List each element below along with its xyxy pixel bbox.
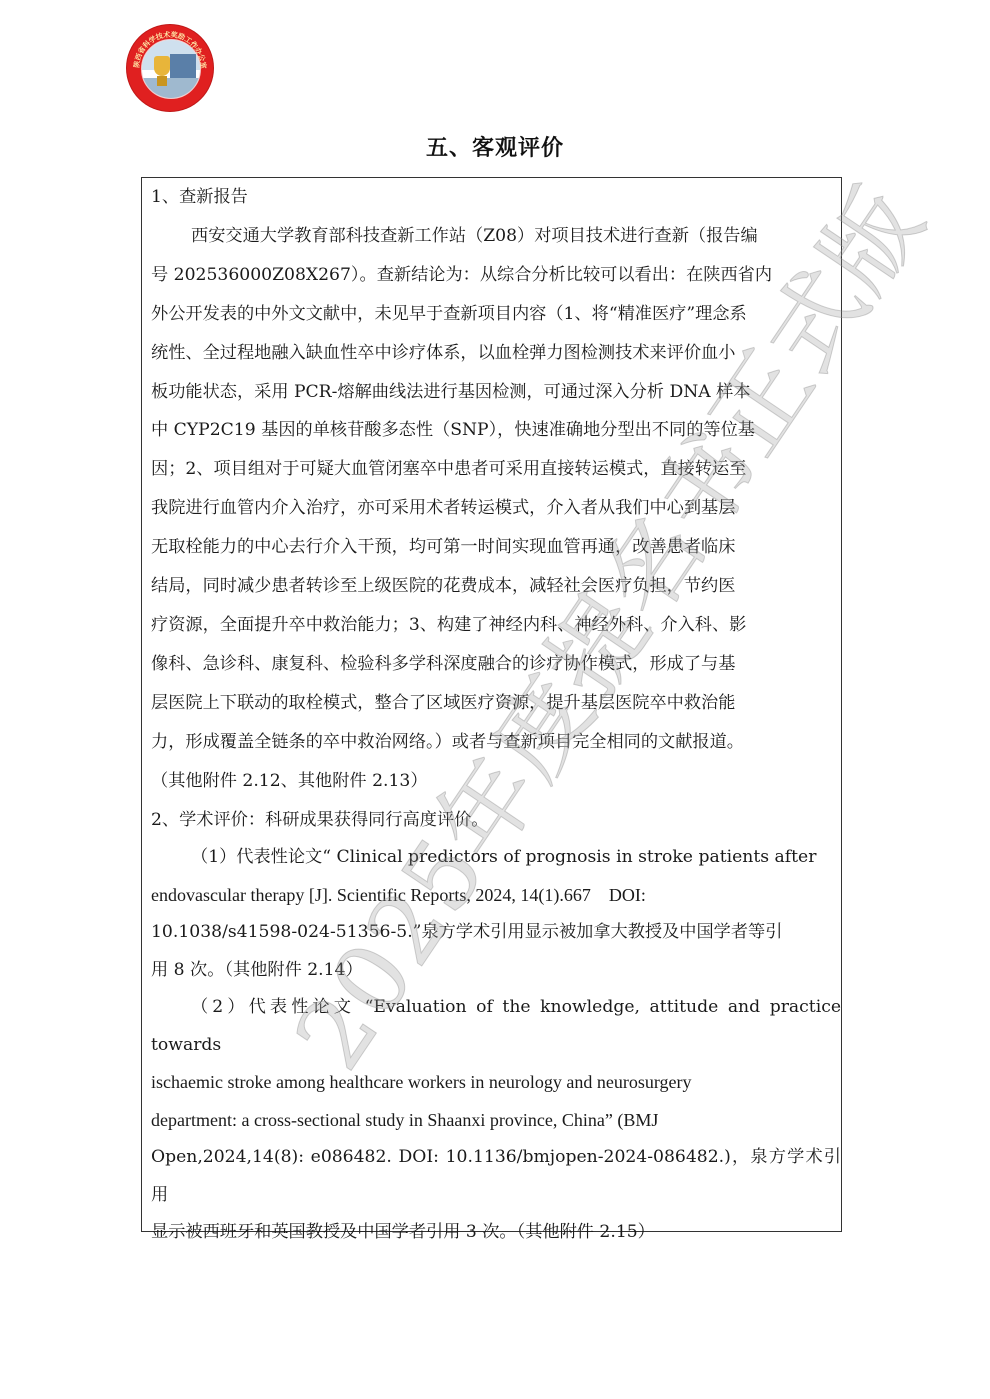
text-line: （1）代表性论文“ Clinical predictors of prognos…: [151, 839, 841, 877]
novelty-report-heading: 1、查新报告: [151, 178, 841, 217]
text-line: 因；2、项目组对于可疑大血管闭塞卒中患者可采用直接转运模式，直接转运至: [151, 450, 841, 489]
text-line: 疗资源，全面提升卒中救治能力；3、构建了神经内科、神经外科、介入科、影: [151, 606, 841, 645]
text-line: Open,2024,14(8): e086482. DOI: 10.1136/b…: [151, 1139, 841, 1214]
text-line: 外公开发表的中外文文献中，未见早于查新项目内容（1、将“精准医疗”理念系: [151, 295, 841, 334]
representative-paper-1: （1）代表性论文“ Clinical predictors of prognos…: [151, 839, 841, 989]
svg-text:陕西省科学技术奖励工作办公室: 陕西省科学技术奖励工作办公室: [132, 30, 208, 69]
seal-logo-icon: 陕西省科学技术奖励工作办公室: [127, 25, 213, 111]
text-line: 层医院上下联动的取栓模式，整合了区域医疗资源，提升基层医院卒中救治能: [151, 684, 841, 723]
text-line: 统性、全过程地融入缺血性卒中诊疗体系，以血栓弹力图检测技术来评价血小: [151, 334, 841, 373]
section-title: 五、客观评价: [0, 131, 990, 162]
text-line: 10.1038/s41598-024-51356-5.”泉方学术引用显示被加拿大…: [151, 914, 841, 952]
representative-paper-2: （2）代表性论文 “Evaluation of the knowledge, a…: [151, 989, 841, 1252]
novelty-report-body: 西安交通大学教育部科技查新工作站（Z08）对项目技术进行查新（报告编 号 202…: [151, 217, 841, 801]
text-line: 中 CYP2C19 基因的单核苷酸多态性（SNP），快速准确地分型出不同的等位基: [151, 411, 841, 450]
text-line: 像科、急诊科、康复科、检验科多学科深度融合的诊疗协作模式，形成了与基: [151, 645, 841, 684]
text-line: （2）代表性论文 “Evaluation of the knowledge, a…: [151, 989, 841, 1064]
text-line: 西安交通大学教育部科技查新工作站（Z08）对项目技术进行查新（报告编: [151, 217, 841, 256]
text-line: endovascular therapy [J]. Scientific Rep…: [151, 877, 841, 915]
text-line: 力，形成覆盖全链条的卒中救治网络。）或者与查新项目完全相同的文献报道。: [151, 723, 841, 762]
text-line: ischaemic stroke among healthcare worker…: [151, 1064, 841, 1102]
text-line: 我院进行血管内介入治疗，亦可采用术者转运模式，介入者从我们中心到基层: [151, 489, 841, 528]
attachment-reference: 显示被西班牙和英国教授及中国学者引用 3 次。（其他附件 2.15）: [151, 1214, 841, 1252]
seal-arc-text: 陕西省科学技术奖励工作办公室: [127, 25, 213, 111]
text-line: department: a cross-sectional study in S…: [151, 1102, 841, 1140]
academic-evaluation-heading: 2、学术评价：科研成果获得同行高度评价。: [151, 801, 841, 840]
text-line: 结局，同时减少患者转诊至上级医院的花费成本，减轻社会医疗负担，节约医: [151, 567, 841, 606]
attachment-reference: 用 8 次。（其他附件 2.14）: [151, 952, 841, 990]
text-line: 号 202536000Z08X267）。查新结论为：从综合分析比较可以看出：在陕…: [151, 256, 841, 295]
text-line: 板功能状态，采用 PCR-熔解曲线法进行基因检测，可通过深入分析 DNA 样本: [151, 373, 841, 412]
evaluation-content: 1、查新报告 西安交通大学教育部科技查新工作站（Z08）对项目技术进行查新（报告…: [151, 178, 841, 1252]
attachment-reference: （其他附件 2.12、其他附件 2.13）: [151, 762, 841, 801]
text-line: 无取栓能力的中心去行介入干预，均可第一时间实现血管再通，改善患者临床: [151, 528, 841, 567]
